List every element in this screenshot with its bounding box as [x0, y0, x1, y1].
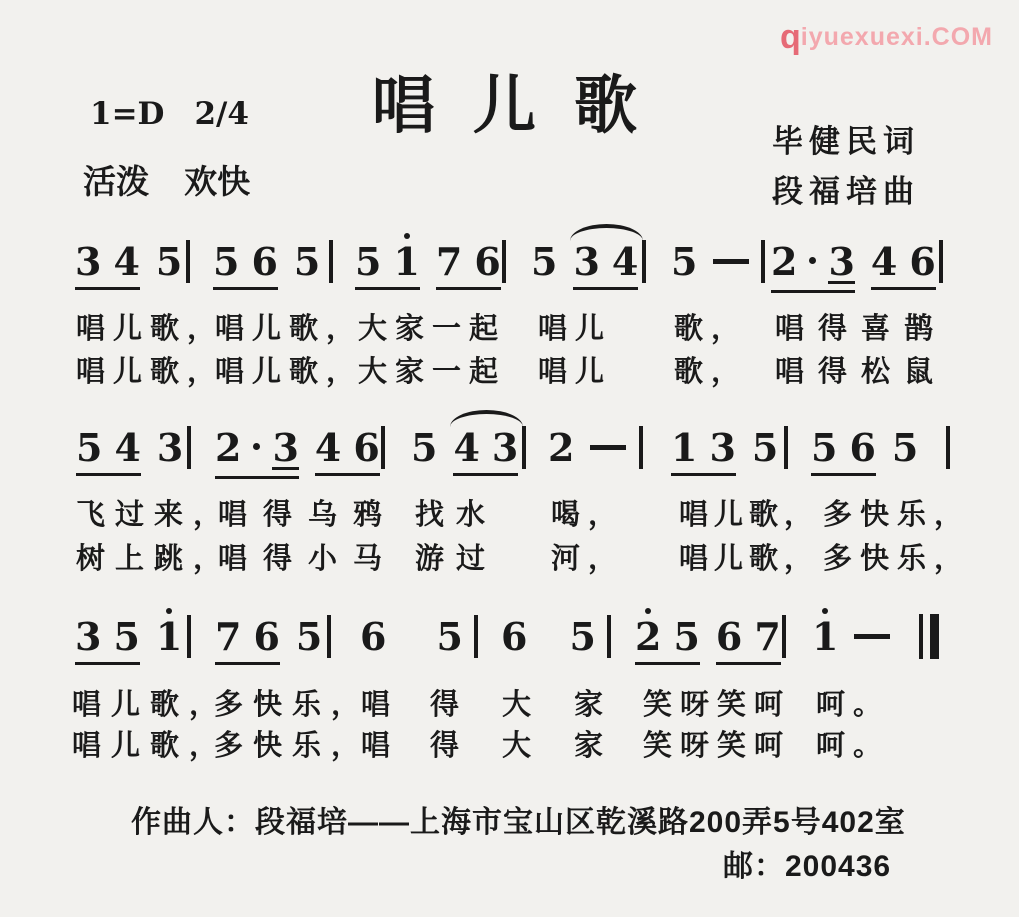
measure: 565 [811, 429, 918, 476]
beamed-note-group: 13 [671, 429, 736, 476]
lyric-phrase: 唱儿歌， [679, 492, 819, 533]
note-digit: 6 [909, 243, 935, 281]
measure: 135 [671, 429, 778, 476]
note-digit: 1 [671, 429, 697, 467]
lyric-phrase: 喝， [551, 492, 625, 533]
composer-address: 作曲人：段福培——上海市宝山区乾溪路200弄5号402室 [131, 797, 906, 841]
lyric-row-verse-1: 唱儿歌，多快乐，唱得大家笑呀笑呵呵。 [0, 682, 1019, 720]
note-digit: 3 [709, 429, 735, 467]
barline [761, 240, 765, 283]
note-group: 5 [156, 243, 182, 287]
note-digit: 5 [892, 429, 918, 467]
note-digit: 6 [253, 618, 279, 656]
lyric-phrase: 家 [574, 723, 611, 764]
lyric-phrase: 得 [430, 723, 467, 764]
note-digit: 5 [673, 618, 699, 656]
song-title: 唱儿歌 [372, 55, 675, 146]
lyric-phrase: 游过 [415, 536, 497, 577]
measure: 543 [76, 429, 183, 476]
composer-credit: 段福培曲 [772, 166, 920, 211]
octave-dot [404, 233, 410, 239]
note-digit: 7 [215, 618, 241, 656]
note-digit: 7 [754, 618, 780, 656]
augmentation-dot [809, 257, 816, 264]
lyric-phrase: 唱得小马 [218, 536, 398, 577]
measure: 2346 [215, 429, 380, 479]
note-digit: 5 [531, 243, 557, 281]
note-digit: 2 [635, 618, 661, 656]
barline [186, 240, 190, 283]
key-signature: 1=D [90, 96, 164, 132]
note-digit: 6 [849, 429, 875, 467]
note-digit: 3 [492, 429, 518, 467]
beamed-note-group: 35 [75, 618, 140, 665]
lyric-phrase: 唱 [361, 682, 398, 723]
measure: 351 [75, 618, 182, 665]
barline [474, 615, 478, 658]
note-group: 1 [156, 618, 182, 662]
lyric-phrase: 大 [502, 723, 539, 764]
beamed-note-group: 46 [315, 429, 380, 476]
beamed-note-group: 43 [453, 429, 518, 476]
note-digit: 3 [272, 429, 298, 470]
lyric-phrase: 树上跳， [76, 536, 232, 577]
note-group: 5 [296, 618, 322, 662]
octave-dot [822, 608, 828, 614]
note-group: 6 [501, 618, 527, 662]
beamed-note-group: 34 [573, 243, 638, 290]
lyric-phrase: 河， [551, 536, 625, 577]
measure: 65 [501, 618, 596, 662]
beamed-note-group: 46 [871, 243, 936, 290]
note-digit: 6 [251, 243, 277, 281]
lyric-phrase: 大家一起 [358, 349, 506, 390]
note-group: 5 [436, 618, 462, 662]
note-digit: 4 [315, 429, 341, 467]
note-digit: 4 [871, 243, 897, 281]
lyric-phrase: 多快乐， [214, 723, 370, 764]
augmentation-dot [253, 443, 260, 450]
note-digit: 1 [156, 618, 182, 656]
measure: 345 [75, 243, 182, 290]
note-group: 5 [752, 429, 778, 473]
lyric-phrase: 唱儿歌， [72, 723, 228, 764]
barline [946, 426, 950, 469]
lyric-phrase: 歌， [674, 306, 748, 347]
lyric-phrase: 多快乐， [823, 492, 971, 533]
lyric-phrase: 唱儿歌， [76, 349, 224, 390]
note-digit: 5 [294, 243, 320, 281]
note-digit: 5 [296, 618, 322, 656]
time-signature: 2/4 [194, 96, 248, 132]
beamed-note-group: 76 [436, 243, 501, 290]
lyric-phrase: 唱儿 [538, 349, 612, 390]
lyric-phrase: 多快乐， [214, 682, 370, 723]
note-digit: 3 [157, 429, 183, 467]
octave-dot [645, 608, 651, 614]
note-digit: 5 [213, 243, 239, 281]
final-barline-thick [930, 614, 939, 659]
lyric-phrase: 呵。 [816, 682, 890, 723]
tempo-mood-marking: 活泼 欢快 [83, 156, 250, 203]
note-digit: 5 [411, 429, 437, 467]
note-digit: 2 [548, 429, 574, 467]
notation-line-1: 345565517653452346 [0, 243, 1019, 299]
measure: 1 [812, 618, 890, 662]
lyric-row-verse-2: 唱儿歌，唱儿歌，大家一起唱儿歌，唱得松鼠 [0, 349, 1019, 387]
sheet-music-page: qiyuexuexi.COM 1=D2/4 唱儿歌 活泼 欢快 毕健民词 段福培… [0, 0, 1019, 917]
duration-dash [713, 259, 749, 264]
lyric-phrase: 唱儿 [538, 306, 612, 347]
barline [939, 240, 943, 283]
barline [187, 615, 191, 658]
lyric-row-verse-2: 唱儿歌，多快乐，唱得大家笑呀笑呵呵。 [0, 723, 1019, 761]
beamed-note-group: 25 [635, 618, 700, 665]
note-digit: 6 [360, 618, 386, 656]
barline [782, 615, 786, 658]
duration-dash [854, 634, 890, 639]
barline [784, 426, 788, 469]
note-digit: 1 [393, 243, 419, 281]
note-group: 5 [569, 618, 595, 662]
note-digit: 4 [612, 243, 638, 281]
note-digit: 5 [76, 429, 102, 467]
note-digit: 6 [716, 618, 742, 656]
lyric-row-verse-2: 树上跳，唱得小马游过河，唱儿歌，多快乐， [0, 536, 1019, 574]
note-digit: 3 [75, 618, 101, 656]
measure: 2346 [771, 243, 936, 293]
note-digit: 3 [573, 243, 599, 281]
note-digit: 5 [156, 243, 182, 281]
note-group: 5 [294, 243, 320, 287]
measure: 65 [360, 618, 463, 662]
lyric-phrase: 唱 [361, 723, 398, 764]
lyric-phrase: 唱儿歌， [679, 536, 819, 577]
beamed-note-group: 54 [76, 429, 141, 476]
beamed-note-group: 51 [355, 243, 420, 290]
lyric-phrase: 呵。 [816, 723, 890, 764]
beamed-note-group: 56 [811, 429, 876, 476]
note-digit: 7 [436, 243, 462, 281]
note-group: 5 [411, 429, 437, 473]
measure: 543 [411, 429, 518, 476]
note-digit: 3 [828, 243, 854, 284]
lyric-phrase: 找水 [415, 492, 497, 533]
lyric-row-verse-1: 飞过来，唱得乌鸦找水喝，唱儿歌，多快乐， [0, 492, 1019, 530]
note-group [590, 429, 626, 473]
measure: 5176 [355, 243, 501, 290]
lyric-phrase: 唱儿歌， [72, 682, 228, 723]
lyric-phrase: 唱得乌鸦 [218, 492, 398, 533]
lyric-phrase: 唱儿歌， [76, 306, 224, 347]
barline [639, 426, 643, 469]
beamed-note-group: 67 [716, 618, 781, 665]
watermark-logo-q: q [780, 18, 801, 56]
lyric-phrase: 唱儿歌， [215, 349, 363, 390]
note-digit: 1 [812, 618, 838, 656]
note-digit: 5 [355, 243, 381, 281]
measure: 534 [531, 243, 638, 290]
note-digit: 5 [436, 618, 462, 656]
lyricist-credit: 毕健民词 [772, 116, 920, 161]
barline [381, 426, 385, 469]
notation-line-2: 54323465432135565 [0, 429, 1019, 485]
lyric-phrase: 笑呀笑呵 [643, 723, 791, 764]
barline [642, 240, 646, 283]
note-group: 1 [812, 618, 838, 662]
barline [187, 426, 191, 469]
lyric-phrase: 唱得松鼠 [775, 349, 947, 390]
note-digit: 2 [215, 429, 241, 467]
beamed-note-group: 23 [771, 243, 855, 293]
barline [329, 240, 333, 283]
final-barline-thin [919, 614, 923, 659]
beamed-note-group: 23 [215, 429, 299, 479]
lyric-phrase: 得 [430, 682, 467, 723]
measure: 765 [215, 618, 322, 665]
note-digit: 6 [353, 429, 379, 467]
lyric-phrase: 笑呀笑呵 [643, 682, 791, 723]
lyric-phrase: 大家一起 [358, 306, 506, 347]
notation-line-3: 351765656525671 [0, 618, 1019, 674]
note-group [713, 243, 749, 287]
note-digit: 3 [75, 243, 101, 281]
lyric-phrase: 歌， [674, 349, 748, 390]
octave-dot [166, 608, 172, 614]
note-digit: 5 [811, 429, 837, 467]
beamed-note-group: 76 [215, 618, 280, 665]
watermark: qiyuexuexi.COM [780, 18, 993, 57]
lyric-row-verse-1: 唱儿歌，唱儿歌，大家一起唱儿歌，唱得喜鹊 [0, 306, 1019, 344]
measure: 2567 [635, 618, 781, 665]
barline [502, 240, 506, 283]
note-group: 5 [671, 243, 697, 287]
lyric-phrase: 飞过来， [76, 492, 232, 533]
note-digit: 4 [453, 429, 479, 467]
note-group: 5 [892, 429, 918, 473]
note-group: 3 [157, 429, 183, 473]
lyric-phrase: 大 [502, 682, 539, 723]
lyric-phrase: 唱得喜鹊 [775, 306, 947, 347]
lyric-phrase: 家 [574, 682, 611, 723]
lyric-phrase: 唱儿歌， [215, 306, 363, 347]
key-time-signature: 1=D2/4 [90, 96, 249, 132]
note-digit: 6 [501, 618, 527, 656]
barline [522, 426, 526, 469]
note-digit: 6 [474, 243, 500, 281]
watermark-text: iyuexuexi.COM [801, 23, 993, 51]
measure: 5 [671, 243, 749, 287]
measure: 2 [548, 429, 626, 473]
postal-code: 邮：200436 [723, 841, 891, 885]
note-digit: 5 [569, 618, 595, 656]
note-digit: 2 [771, 243, 797, 281]
barline [327, 615, 331, 658]
note-group: 2 [548, 429, 574, 473]
note-group: 6 [360, 618, 386, 662]
note-digit: 5 [113, 618, 139, 656]
note-digit: 5 [752, 429, 778, 467]
barline [607, 615, 611, 658]
beamed-note-group: 56 [213, 243, 278, 290]
note-digit: 4 [114, 429, 140, 467]
duration-dash [590, 445, 626, 450]
note-group [854, 618, 890, 662]
lyric-phrase: 多快乐， [823, 536, 971, 577]
note-digit: 5 [671, 243, 697, 281]
note-digit: 4 [113, 243, 139, 281]
note-group: 5 [531, 243, 557, 287]
measure: 565 [213, 243, 320, 290]
beamed-note-group: 34 [75, 243, 140, 290]
